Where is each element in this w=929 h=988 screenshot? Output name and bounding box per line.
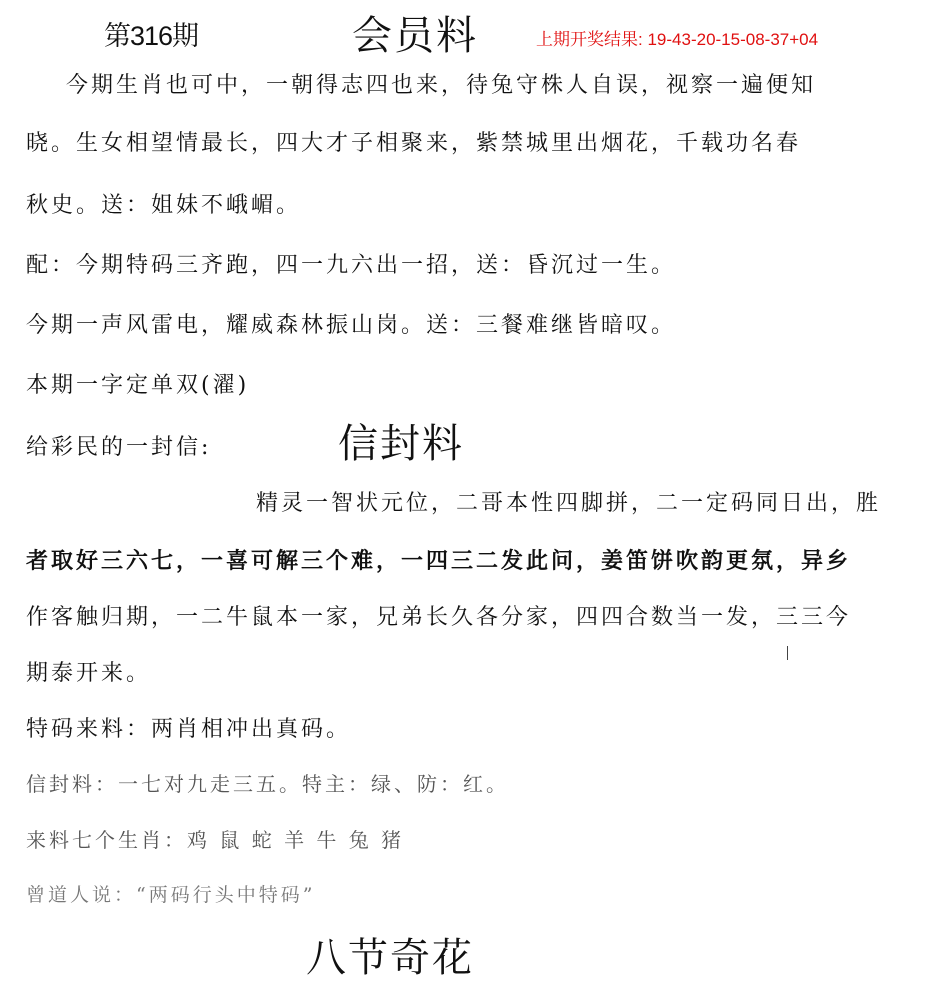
issue-number: 第316期 bbox=[104, 14, 198, 53]
envelope-line: 信封料：一七对九走三五。特主：绿、防：红。 bbox=[26, 768, 509, 797]
pair-line: 配：今期特码三齐跑，四一九六出一招，送：昏沉过一生。 bbox=[26, 248, 676, 279]
letter-line-2: 者取好三六七，一喜可解三个难，一四三二发此问，姜笛饼吹韵更氛，异乡 bbox=[26, 544, 851, 575]
footer-title: 八节奇花 bbox=[306, 926, 474, 983]
last-draw-result: 上期开奖结果: 19-43-20-15-08-37+04 bbox=[536, 25, 818, 50]
single-word-line: 本期一字定单双(濯) bbox=[26, 368, 249, 399]
poem-line-2: 晓。生女相望情最长，四大才子相聚来，紫禁城里出烟花，千载功名春 bbox=[26, 126, 801, 157]
taoist-saying-line: 曾道人说：“两码行头中特码” bbox=[26, 880, 315, 907]
last-draw-label: 上期开奖结果: bbox=[536, 30, 643, 49]
text-cursor-mark bbox=[787, 646, 788, 660]
thunder-line: 今期一声风雷电，耀威森林振山岗。送：三餐难继皆暗叹。 bbox=[26, 308, 676, 339]
poem-line-1: 今期生肖也可中，一朝得志四也来，待兔守株人自误，视察一遍便知 bbox=[66, 68, 816, 99]
poem-line-3: 秋史。送：姐妹不峨嵋。 bbox=[26, 188, 301, 219]
page-title: 会员料 bbox=[352, 4, 478, 61]
last-draw-numbers: 19-43-20-15-08-37+04 bbox=[647, 30, 818, 49]
letter-intro-label: 给彩民的一封信: bbox=[26, 430, 211, 461]
seven-zodiac-line: 来料七个生肖：鸡 鼠 蛇 羊 牛 兔 猪 bbox=[26, 824, 404, 853]
letter-line-3: 作客触归期，一二牛鼠本一家，兄弟长久各分家，四四合数当一发，三三今 bbox=[26, 600, 851, 631]
special-code-line: 特码来料：两肖相冲出真码。 bbox=[26, 712, 351, 743]
letter-section-title: 信封料 bbox=[338, 412, 464, 469]
letter-line-1: 精灵一智状元位，二哥本性四脚拼，二一定码同日出，胜 bbox=[256, 486, 881, 517]
letter-line-4: 期泰开来。 bbox=[26, 656, 151, 687]
